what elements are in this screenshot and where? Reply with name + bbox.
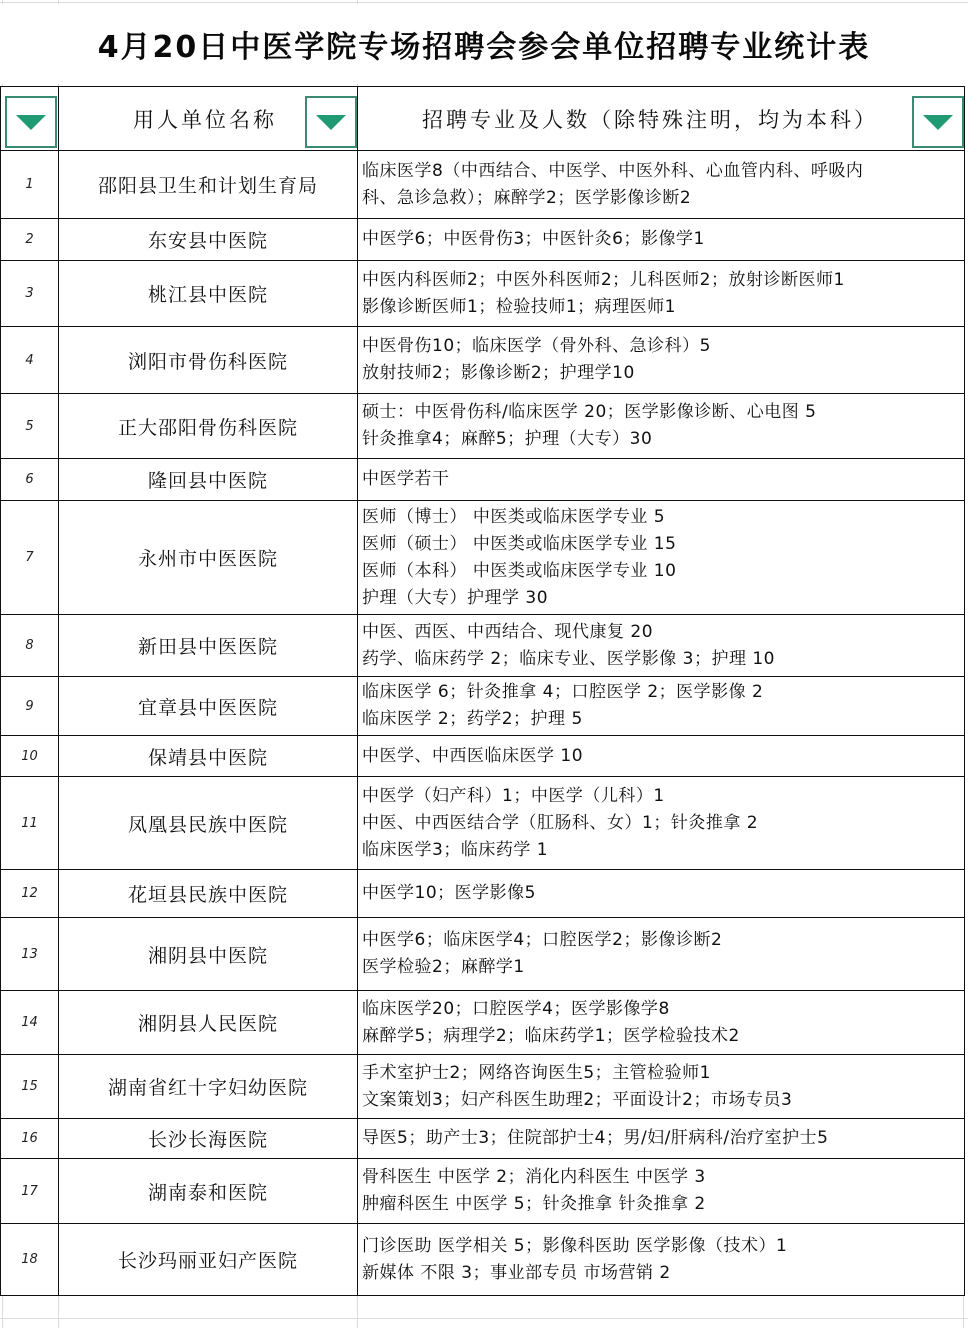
grid-line bbox=[357, 1294, 358, 1328]
row-number-cell[interactable]: 16 bbox=[1, 1119, 59, 1159]
majors-cell[interactable]: 中医学、中西医临床医学 10 bbox=[358, 736, 965, 777]
employer-name-cell[interactable]: 湘阴县中医院 bbox=[59, 918, 358, 991]
row-number-cell[interactable]: 18 bbox=[1, 1224, 59, 1296]
majors-cell[interactable]: 中医学10；医学影像5 bbox=[358, 870, 965, 918]
employer-name-cell[interactable]: 永州市中医医院 bbox=[59, 501, 358, 615]
header-row: 用人单位名称 招聘专业及人数（除特殊注明，均为本科） bbox=[1, 87, 965, 151]
table-row[interactable]: 11凤凰县民族中医院中医学（妇产科）1；中医学（儿科）1中医、中西医结合学（肛肠… bbox=[1, 777, 965, 870]
major-line: 肿瘤科医生 中医学 5；针灸推拿 针灸推拿 2 bbox=[362, 1191, 960, 1218]
table-row[interactable]: 5正大邵阳骨伤科医院硕士：中医骨伤科/临床医学 20；医学影像诊断、心电图 5针… bbox=[1, 394, 965, 459]
sheet-title: 4月20日中医学院专场招聘会参会单位招聘专业统计表 bbox=[0, 4, 968, 84]
row-number-cell[interactable]: 2 bbox=[1, 219, 59, 261]
employer-name-cell[interactable]: 凤凰县民族中医院 bbox=[59, 777, 358, 870]
major-line: 手术室护士2；网络咨询医生5；主管检验师1 bbox=[362, 1060, 960, 1087]
table-row[interactable]: 15湖南省红十字妇幼医院手术室护士2；网络咨询医生5；主管检验师1文案策划3；妇… bbox=[1, 1055, 965, 1119]
employer-name-cell[interactable]: 浏阳市骨伤科医院 bbox=[59, 327, 358, 394]
majors-cell[interactable]: 中医学6；中医骨伤3；中医针灸6；影像学1 bbox=[358, 219, 965, 261]
major-line: 硕士：中医骨伤科/临床医学 20；医学影像诊断、心电图 5 bbox=[362, 399, 960, 426]
row-number-cell[interactable]: 11 bbox=[1, 777, 59, 870]
table-row[interactable]: 2东安县中医院中医学6；中医骨伤3；中医针灸6；影像学1 bbox=[1, 219, 965, 261]
major-line: 药学、临床药学 2；临床专业、医学影像 3；护理 10 bbox=[362, 646, 960, 673]
majors-cell[interactable]: 中医骨伤10；临床医学（骨外科、急诊科）5放射技师2；影像诊断2；护理学10 bbox=[358, 327, 965, 394]
employer-name-cell[interactable]: 新田县中医医院 bbox=[59, 615, 358, 677]
row-number-cell[interactable]: 15 bbox=[1, 1055, 59, 1119]
row-number-cell[interactable]: 1 bbox=[1, 151, 59, 219]
row-number-cell[interactable]: 17 bbox=[1, 1159, 59, 1224]
table-row[interactable]: 4浏阳市骨伤科医院中医骨伤10；临床医学（骨外科、急诊科）5放射技师2；影像诊断… bbox=[1, 327, 965, 394]
majors-cell[interactable]: 临床医学8（中西结合、中医学、中医外科、心血管内科、呼吸内科、急诊急救）；麻醉学… bbox=[358, 151, 965, 219]
header-label-name: 用人单位名称 bbox=[133, 104, 277, 134]
employer-name-cell[interactable]: 桃江县中医院 bbox=[59, 261, 358, 327]
grid-line bbox=[0, 1318, 968, 1319]
major-line: 中医学6；临床医学4；口腔医学2；影像诊断2 bbox=[362, 927, 960, 954]
table-row[interactable]: 9宜章县中医医院临床医学 6；针灸推拿 4；口腔医学 2；医学影像 2临床医学 … bbox=[1, 677, 965, 736]
row-number-cell[interactable]: 8 bbox=[1, 615, 59, 677]
employer-name-cell[interactable]: 湖南泰和医院 bbox=[59, 1159, 358, 1224]
dropdown-triangle-icon bbox=[923, 115, 953, 130]
dropdown-triangle-icon bbox=[16, 115, 46, 130]
employer-name-cell[interactable]: 长沙长海医院 bbox=[59, 1119, 358, 1159]
major-line: 临床医学 6；针灸推拿 4；口腔医学 2；医学影像 2 bbox=[362, 679, 960, 706]
major-line: 护理（大专）护理学 30 bbox=[362, 585, 960, 612]
filter-button-major[interactable] bbox=[912, 96, 964, 148]
major-line: 中医学10；医学影像5 bbox=[362, 880, 960, 907]
employer-name-cell[interactable]: 宜章县中医医院 bbox=[59, 677, 358, 736]
header-cell-name[interactable]: 用人单位名称 bbox=[59, 87, 358, 151]
employer-name-cell[interactable]: 长沙玛丽亚妇产医院 bbox=[59, 1224, 358, 1296]
table-row[interactable]: 7永州市中医医院医师（博士） 中医类或临床医学专业 5医师（硕士） 中医类或临床… bbox=[1, 501, 965, 615]
table-row[interactable]: 14湘阴县人民医院临床医学20；口腔医学4；医学影像学8麻醉学5；病理学2；临床… bbox=[1, 991, 965, 1055]
row-number-cell[interactable]: 12 bbox=[1, 870, 59, 918]
major-line: 医学检验2；麻醉学1 bbox=[362, 954, 960, 981]
table-row[interactable]: 17湖南泰和医院骨科医生 中医学 2；消化内科医生 中医学 3肿瘤科医生 中医学… bbox=[1, 1159, 965, 1224]
major-line: 医师（博士） 中医类或临床医学专业 5 bbox=[362, 504, 960, 531]
majors-cell[interactable]: 手术室护士2；网络咨询医生5；主管检验师1文案策划3；妇产科医生助理2；平面设计… bbox=[358, 1055, 965, 1119]
employer-name-cell[interactable]: 湖南省红十字妇幼医院 bbox=[59, 1055, 358, 1119]
employer-name-cell[interactable]: 湘阴县人民医院 bbox=[59, 991, 358, 1055]
major-line: 中医学6；中医骨伤3；中医针灸6；影像学1 bbox=[362, 226, 960, 253]
major-line: 中医、中西医结合学（肛肠科、女）1；针灸推拿 2 bbox=[362, 810, 960, 837]
major-line: 麻醉学5；病理学2；临床药学1；医学检验技术2 bbox=[362, 1023, 960, 1050]
employer-name-cell[interactable]: 保靖县中医院 bbox=[59, 736, 358, 777]
header-cell-major[interactable]: 招聘专业及人数（除特殊注明，均为本科） bbox=[358, 87, 965, 151]
major-line: 医师（硕士） 中医类或临床医学专业 15 bbox=[362, 531, 960, 558]
majors-cell[interactable]: 门诊医助 医学相关 5；影像科医助 医学影像（技术）1新媒体 不限 3；事业部专… bbox=[358, 1224, 965, 1296]
major-line: 针灸推拿4；麻醉5；护理（大专）30 bbox=[362, 426, 960, 453]
majors-cell[interactable]: 硕士：中医骨伤科/临床医学 20；医学影像诊断、心电图 5针灸推拿4；麻醉5；护… bbox=[358, 394, 965, 459]
header-label-major: 招聘专业及人数（除特殊注明，均为本科） bbox=[422, 104, 878, 134]
row-number-cell[interactable]: 3 bbox=[1, 261, 59, 327]
row-number-cell[interactable]: 14 bbox=[1, 991, 59, 1055]
filter-button-no[interactable] bbox=[5, 96, 57, 148]
recruitment-table: 用人单位名称 招聘专业及人数（除特殊注明，均为本科） 1邵阳县卫生和计划生育局临… bbox=[0, 86, 965, 1296]
header-cell-no[interactable] bbox=[1, 87, 59, 151]
majors-cell[interactable]: 中医学（妇产科）1；中医学（儿科）1中医、中西医结合学（肛肠科、女）1；针灸推拿… bbox=[358, 777, 965, 870]
major-line: 中医学、中西医临床医学 10 bbox=[362, 743, 960, 770]
major-line: 影像诊断医师1；检验技师1；病理医师1 bbox=[362, 294, 960, 321]
majors-cell[interactable]: 骨科医生 中医学 2；消化内科医生 中医学 3肿瘤科医生 中医学 5；针灸推拿 … bbox=[358, 1159, 965, 1224]
row-number-cell[interactable]: 4 bbox=[1, 327, 59, 394]
dropdown-triangle-icon bbox=[316, 115, 346, 130]
major-line: 科、急诊急救）；麻醉学2；医学影像诊断2 bbox=[362, 185, 960, 212]
employer-name-cell[interactable]: 东安县中医院 bbox=[59, 219, 358, 261]
major-line: 导医5；助产士3；住院部护士4；男/妇/肝病科/治疗室护士5 bbox=[362, 1125, 960, 1152]
major-line: 临床医学 2；药学2；护理 5 bbox=[362, 706, 960, 733]
row-number-cell[interactable]: 5 bbox=[1, 394, 59, 459]
major-line: 中医骨伤10；临床医学（骨外科、急诊科）5 bbox=[362, 333, 960, 360]
table-row[interactable]: 8新田县中医医院中医、西医、中西结合、现代康复 20药学、临床药学 2；临床专业… bbox=[1, 615, 965, 677]
table-row[interactable]: 3桃江县中医院中医内科医师2；中医外科医师2；儿科医师2；放射诊断医师1影像诊断… bbox=[1, 261, 965, 327]
table-row[interactable]: 10保靖县中医院中医学、中西医临床医学 10 bbox=[1, 736, 965, 777]
table-row[interactable]: 13湘阴县中医院中医学6；临床医学4；口腔医学2；影像诊断2医学检验2；麻醉学1 bbox=[1, 918, 965, 991]
major-line: 文案策划3；妇产科医生助理2；平面设计2；市场专员3 bbox=[362, 1087, 960, 1114]
employer-name-cell[interactable]: 花垣县民族中医院 bbox=[59, 870, 358, 918]
majors-cell[interactable]: 中医内科医师2；中医外科医师2；儿科医师2；放射诊断医师1影像诊断医师1；检验技… bbox=[358, 261, 965, 327]
row-number-cell[interactable]: 7 bbox=[1, 501, 59, 615]
major-line: 门诊医助 医学相关 5；影像科医助 医学影像（技术）1 bbox=[362, 1233, 960, 1260]
major-line: 临床医学8（中西结合、中医学、中医外科、心血管内科、呼吸内 bbox=[362, 158, 960, 185]
table-row[interactable]: 18长沙玛丽亚妇产医院门诊医助 医学相关 5；影像科医助 医学影像（技术）1新媒… bbox=[1, 1224, 965, 1296]
majors-cell[interactable]: 中医学若干 bbox=[358, 459, 965, 501]
majors-cell[interactable]: 临床医学 6；针灸推拿 4；口腔医学 2；医学影像 2临床医学 2；药学2；护理… bbox=[358, 677, 965, 736]
row-number-cell[interactable]: 6 bbox=[1, 459, 59, 501]
employer-name-cell[interactable]: 正大邵阳骨伤科医院 bbox=[59, 394, 358, 459]
employer-name-cell[interactable]: 邵阳县卫生和计划生育局 bbox=[59, 151, 358, 219]
major-line: 中医内科医师2；中医外科医师2；儿科医师2；放射诊断医师1 bbox=[362, 267, 960, 294]
row-number-cell[interactable]: 9 bbox=[1, 677, 59, 736]
majors-cell[interactable]: 导医5；助产士3；住院部护士4；男/妇/肝病科/治疗室护士5 bbox=[358, 1119, 965, 1159]
table-row[interactable]: 1邵阳县卫生和计划生育局临床医学8（中西结合、中医学、中医外科、心血管内科、呼吸… bbox=[1, 151, 965, 219]
table-row[interactable]: 6隆回县中医院中医学若干 bbox=[1, 459, 965, 501]
row-number-cell[interactable]: 13 bbox=[1, 918, 59, 991]
table-row[interactable]: 12花垣县民族中医院中医学10；医学影像5 bbox=[1, 870, 965, 918]
major-line: 临床医学3；临床药学 1 bbox=[362, 837, 960, 864]
major-line: 中医学若干 bbox=[362, 466, 960, 493]
grid-line bbox=[0, 2, 968, 3]
row-number-cell[interactable]: 10 bbox=[1, 736, 59, 777]
major-line: 放射技师2；影像诊断2；护理学10 bbox=[362, 360, 960, 387]
majors-cell[interactable]: 临床医学20；口腔医学4；医学影像学8麻醉学5；病理学2；临床药学1；医学检验技… bbox=[358, 991, 965, 1055]
filter-button-name[interactable] bbox=[305, 96, 357, 148]
major-line: 中医学（妇产科）1；中医学（儿科）1 bbox=[362, 783, 960, 810]
major-line: 新媒体 不限 3；事业部专员 市场营销 2 bbox=[362, 1260, 960, 1287]
majors-cell[interactable]: 医师（博士） 中医类或临床医学专业 5医师（硕士） 中医类或临床医学专业 15医… bbox=[358, 501, 965, 615]
majors-cell[interactable]: 中医、西医、中西结合、现代康复 20药学、临床药学 2；临床专业、医学影像 3；… bbox=[358, 615, 965, 677]
major-line: 骨科医生 中医学 2；消化内科医生 中医学 3 bbox=[362, 1164, 960, 1191]
major-line: 中医、西医、中西结合、现代康复 20 bbox=[362, 619, 960, 646]
grid-line bbox=[58, 1294, 59, 1328]
major-line: 临床医学20；口腔医学4；医学影像学8 bbox=[362, 996, 960, 1023]
majors-cell[interactable]: 中医学6；临床医学4；口腔医学2；影像诊断2医学检验2；麻醉学1 bbox=[358, 918, 965, 991]
grid-line bbox=[963, 1294, 964, 1328]
table-row[interactable]: 16长沙长海医院导医5；助产士3；住院部护士4；男/妇/肝病科/治疗室护士5 bbox=[1, 1119, 965, 1159]
employer-name-cell[interactable]: 隆回县中医院 bbox=[59, 459, 358, 501]
major-line: 医师（本科） 中医类或临床医学专业 10 bbox=[362, 558, 960, 585]
